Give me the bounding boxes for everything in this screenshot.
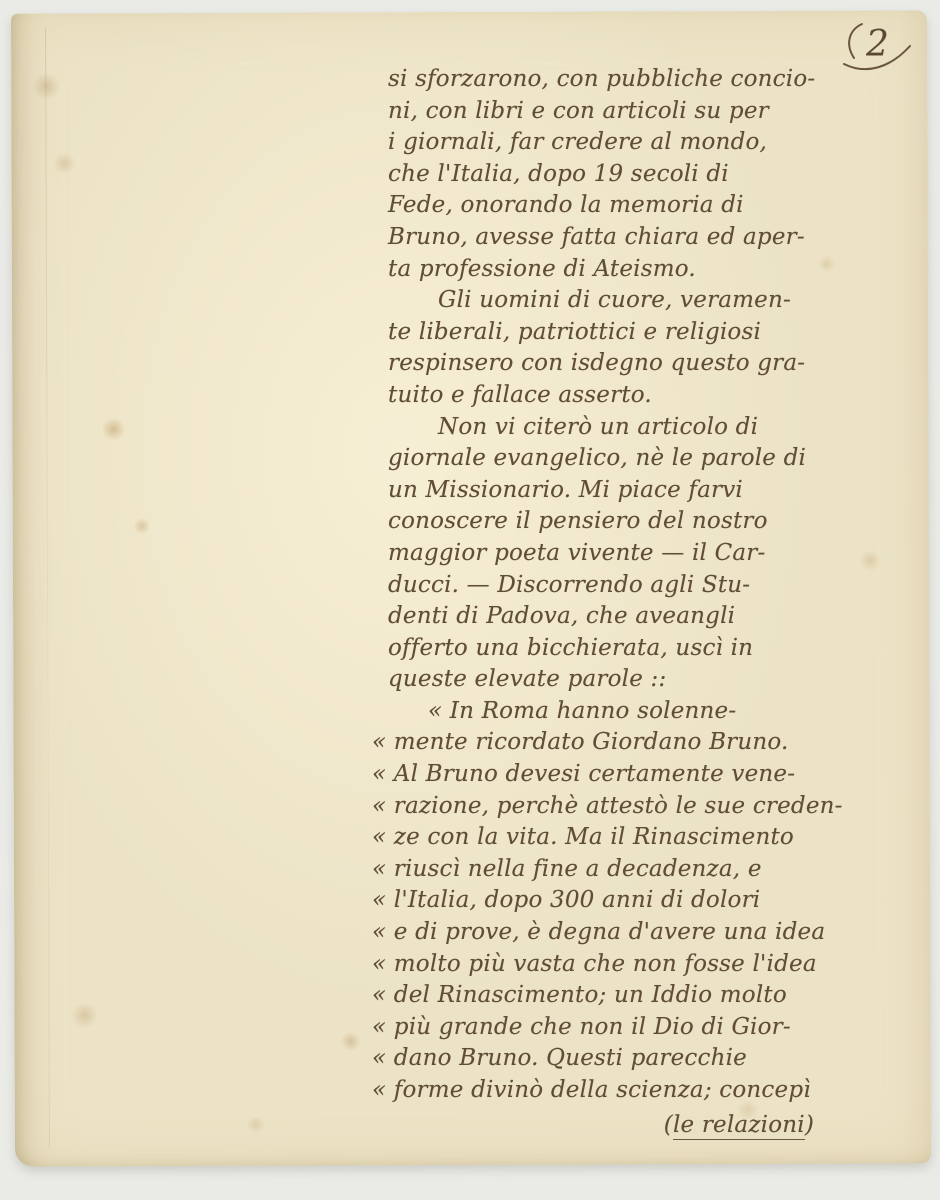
page-edge-crease (45, 27, 50, 1147)
manuscript-line: Bruno, avesse fatta chiara ed aper- (372, 222, 932, 254)
manuscript-line: maggior poeta vivente — il Car- (372, 538, 932, 570)
manuscript-line-quote: « mente ricordato Giordano Bruno. (372, 727, 932, 759)
manuscript-line: si sforzarono, con pubbliche concio- (372, 64, 932, 96)
manuscript-line-quote: « riuscì nella fine a decadenza, e (372, 854, 932, 886)
fox-spot (69, 1003, 99, 1027)
manuscript-line: ducci. — Discorrendo agli Stu- (372, 570, 932, 602)
manuscript-line: Fede, onorando la memoria di (372, 190, 932, 222)
page-number-flourish (849, 24, 862, 58)
manuscript-line: te liberali, patriottici e religiosi (372, 317, 932, 349)
page-number-value: 2 (865, 24, 889, 65)
manuscript-line-quote: « razione, perchè attestò le sue creden- (372, 791, 932, 823)
fox-spot (133, 518, 151, 534)
manuscript-line: che l'Italia, dopo 19 secoli di (372, 159, 932, 191)
manuscript-line: conoscere il pensiero del nostro (372, 506, 932, 538)
manuscript-line-quote: « più grande che non il Dio di Gior- (372, 1012, 932, 1044)
manuscript-line: tuito e fallace asserto. (372, 380, 932, 412)
manuscript-line-quote: « molto più vasta che non fosse l'idea (372, 949, 932, 981)
catchword: (le relazioni) (372, 1110, 932, 1142)
manuscript-line: giornale evangelico, nè le parole di (372, 443, 932, 475)
manuscript-line-quote: « ze con la vita. Ma il Rinascimento (372, 822, 932, 854)
manuscript-line-quote: « l'Italia, dopo 300 anni di dolori (372, 885, 932, 917)
catchword-text: le relazioni (673, 1112, 805, 1140)
fox-spot (100, 418, 126, 440)
manuscript-line: offerto una bicchierata, uscì in (372, 633, 932, 665)
manuscript-line-quote: « dano Bruno. Questi parecchie (372, 1043, 932, 1075)
manuscript-text: si sforzarono, con pubbliche concio- ni,… (372, 64, 932, 1141)
fox-spot (51, 153, 77, 173)
catchword-open-paren: ( (664, 1112, 673, 1138)
fox-spot (245, 1118, 267, 1132)
manuscript-line: queste elevate parole :: (372, 664, 932, 696)
manuscript-line: i giornali, far credere al mondo, (372, 127, 932, 159)
catchword-close-paren: ) (805, 1112, 814, 1138)
manuscript-line: un Missionario. Mi piace farvi (372, 475, 932, 507)
manuscript-line: respinsero con isdegno questo gra- (372, 348, 932, 380)
manuscript-line-quote: « Al Bruno devesi certamente vene- (372, 759, 932, 791)
manuscript-line-quote: « forme divinò della scienza; concepì (372, 1075, 932, 1107)
manuscript-line-quote: « In Roma hanno solenne- (372, 696, 932, 728)
manuscript-line: Non vi citerò un articolo di (372, 412, 932, 444)
manuscript-line-quote: « e di prove, è degna d'avere una idea (372, 917, 932, 949)
scanned-document: 2 si sforzarono, con pubbliche concio- n… (0, 0, 940, 1200)
manuscript-line: denti di Padova, che aveangli (372, 601, 932, 633)
manuscript-line-quote: « del Rinascimento; un Iddio molto (372, 980, 932, 1012)
manuscript-line: ta professione di Ateismo. (372, 254, 932, 286)
fox-spot (340, 1032, 362, 1050)
manuscript-line: ni, con libri e con articoli su per (372, 96, 932, 128)
manuscript-line: Gli uomini di cuore, veramen- (372, 285, 932, 317)
